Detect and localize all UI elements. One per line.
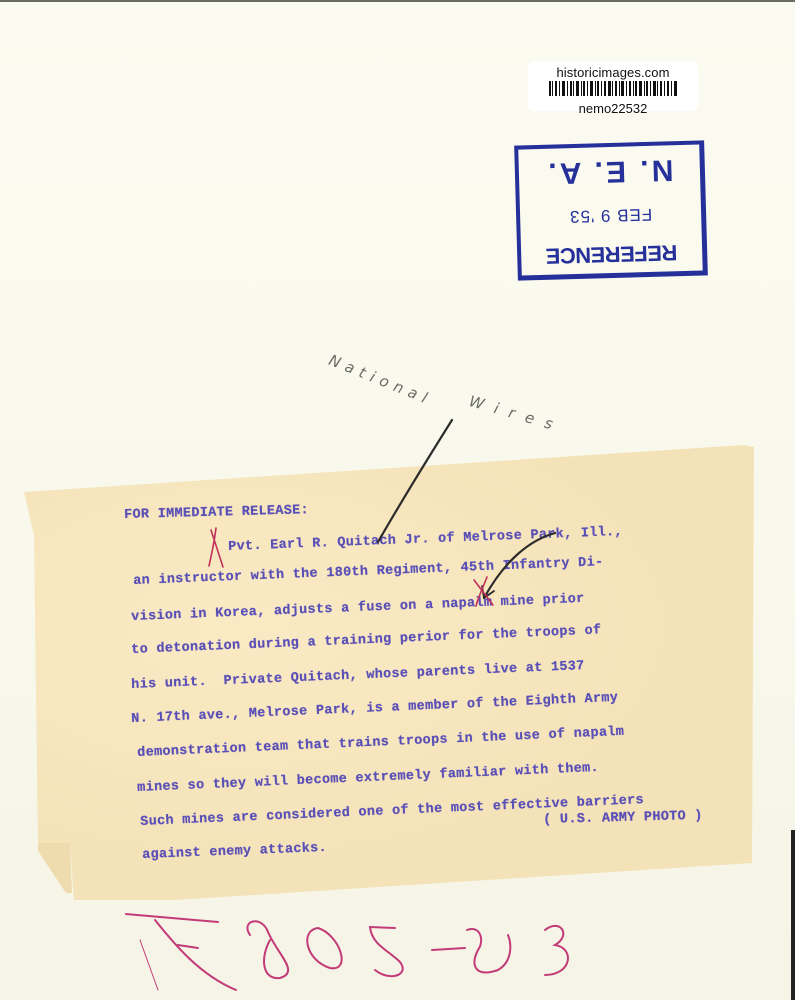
- reference-stamp: REFERENCE FEB 9 '53 N. E. A.: [514, 140, 708, 280]
- right-edge-shadow: [791, 830, 795, 1000]
- top-edge-shadow: [0, 0, 795, 2]
- barcode-icon: [549, 81, 677, 96]
- sticker-code: nemo22532: [528, 102, 698, 115]
- sticker-site: historicimages.com: [528, 66, 698, 79]
- stamp-date: FEB 9 '53: [520, 202, 701, 227]
- archive-sticker: historicimages.com nemo22532: [528, 61, 698, 111]
- stamp-org: N. E. A.: [518, 152, 700, 191]
- stamp-label: REFERENCE: [521, 238, 703, 269]
